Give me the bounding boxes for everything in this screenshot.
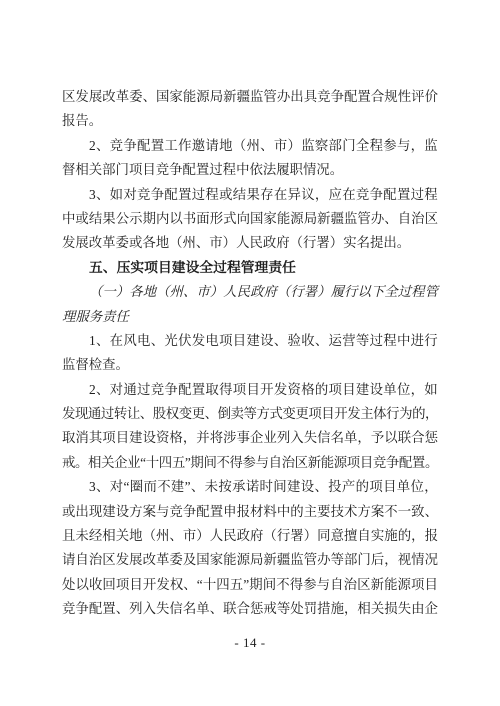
text-line: 2、对通过竞争配置取得项目开发资格的项目建设单位，如 — [62, 378, 438, 402]
subsection-heading: 理服务责任 — [62, 305, 438, 329]
line-text: 3、对“圈而不建”、未按承诺时间建设、投产的项目单位， — [89, 479, 438, 494]
text-line: 3、对“圈而不建”、未按承诺时间建设、投产的项目单位， — [62, 475, 438, 499]
text-line: 中或结果公示期内以书面形式向国家能源局新疆监管办、自治区 — [62, 207, 438, 231]
line-text: 发现通过转让、股权变更、倒卖等方式变更项目开发主体行为的， — [62, 406, 438, 421]
text-line: 督相关部门项目竞争配置过程中依法履职情况。 — [62, 158, 438, 182]
text-line: 请自治区发展改革委及国家能源局新疆监管办等部门后，视情况 — [62, 548, 438, 572]
text-line: 戒。相关企业“十四五”期间不得参与自治区新能源项目竞争配置。 — [62, 451, 438, 475]
text-line: 或出现建设方案与竞争配置申报材料中的主要技术方案不一致、 — [62, 500, 438, 524]
line-text: 3、如对竞争配置过程或结果存在异议，应在竞争配置过程 — [89, 187, 438, 202]
line-text: 发展改革委或各地（州、市）人民政府（行署）实名提出。 — [62, 235, 410, 250]
line-text: 请自治区发展改革委及国家能源局新疆监管办等部门后，视情况 — [62, 552, 438, 567]
section-heading: 五、压实项目建设全过程管理责任 — [62, 256, 438, 280]
line-text: 竞争配置、列入失信名单、联合惩戒等处罚措施，相关损失由企 — [62, 601, 438, 616]
text-line: 3、如对竞争配置过程或结果存在异议，应在竞争配置过程 — [62, 183, 438, 207]
text-line: 且未经相关地（州、市）人民政府（行署）同意擅自实施的，报 — [62, 524, 438, 548]
line-text: 督相关部门项目竞争配置过程中依法履职情况。 — [62, 162, 343, 177]
text-line: 竞争配置、列入失信名单、联合惩戒等处罚措施，相关损失由企 — [62, 597, 438, 621]
line-text: 2、对通过竞争配置取得项目开发资格的项目建设单位，如 — [89, 382, 438, 397]
text-line: 取消其项目建设资格，并将涉事企业列入失信名单，予以联合惩 — [62, 426, 438, 450]
document-page: 区发展改革委、国家能源局新疆监管办出具竞争配置合规性评价报告。2、竞争配置工作邀… — [0, 0, 500, 706]
line-text: 理服务责任 — [62, 309, 129, 324]
line-text: 2、竞争配置工作邀请地（州、市）监察部门全程参与，监 — [89, 138, 438, 153]
line-text: 区发展改革委、国家能源局新疆监管办出具竞争配置合规性评价 — [62, 89, 438, 104]
subsection-heading: （一）各地（州、市）人民政府（行署）履行以下全过程管 — [62, 280, 438, 304]
line-text: 处以收回项目开发权、“十四五”期间不得参与自治区新能源项目 — [62, 577, 438, 592]
text-line: 区发展改革委、国家能源局新疆监管办出具竞争配置合规性评价 — [62, 85, 438, 109]
line-text: 监督检查。 — [62, 357, 129, 372]
line-text: 或出现建设方案与竞争配置申报材料中的主要技术方案不一致、 — [62, 504, 438, 519]
line-text: 且未经相关地（州、市）人民政府（行署）同意擅自实施的，报 — [62, 528, 438, 543]
line-text: （一）各地（州、市）人民政府（行署）履行以下全过程管 — [89, 284, 438, 299]
document-body: 区发展改革委、国家能源局新疆监管办出具竞争配置合规性评价报告。2、竞争配置工作邀… — [62, 85, 438, 622]
text-line: 发展改革委或各地（州、市）人民政府（行署）实名提出。 — [62, 231, 438, 255]
line-text: 1、在风电、光伏发电项目建设、验收、运营等过程中进行 — [89, 333, 438, 348]
text-line: 处以收回项目开发权、“十四五”期间不得参与自治区新能源项目 — [62, 573, 438, 597]
page-number: - 14 - — [0, 631, 500, 655]
text-line: 监督检查。 — [62, 353, 438, 377]
text-line: 报告。 — [62, 109, 438, 133]
text-line: 发现通过转让、股权变更、倒卖等方式变更项目开发主体行为的， — [62, 402, 438, 426]
line-text: 报告。 — [62, 113, 102, 128]
text-line: 2、竞争配置工作邀请地（州、市）监察部门全程参与，监 — [62, 134, 438, 158]
line-text: 五、压实项目建设全过程管理责任 — [89, 260, 296, 275]
text-line: 1、在风电、光伏发电项目建设、验收、运营等过程中进行 — [62, 329, 438, 353]
line-text: 中或结果公示期内以书面形式向国家能源局新疆监管办、自治区 — [62, 211, 438, 226]
line-text: 取消其项目建设资格，并将涉事企业列入失信名单，予以联合惩 — [62, 430, 438, 445]
line-text: 戒。相关企业“十四五”期间不得参与自治区新能源项目竞争配置。 — [62, 455, 438, 470]
